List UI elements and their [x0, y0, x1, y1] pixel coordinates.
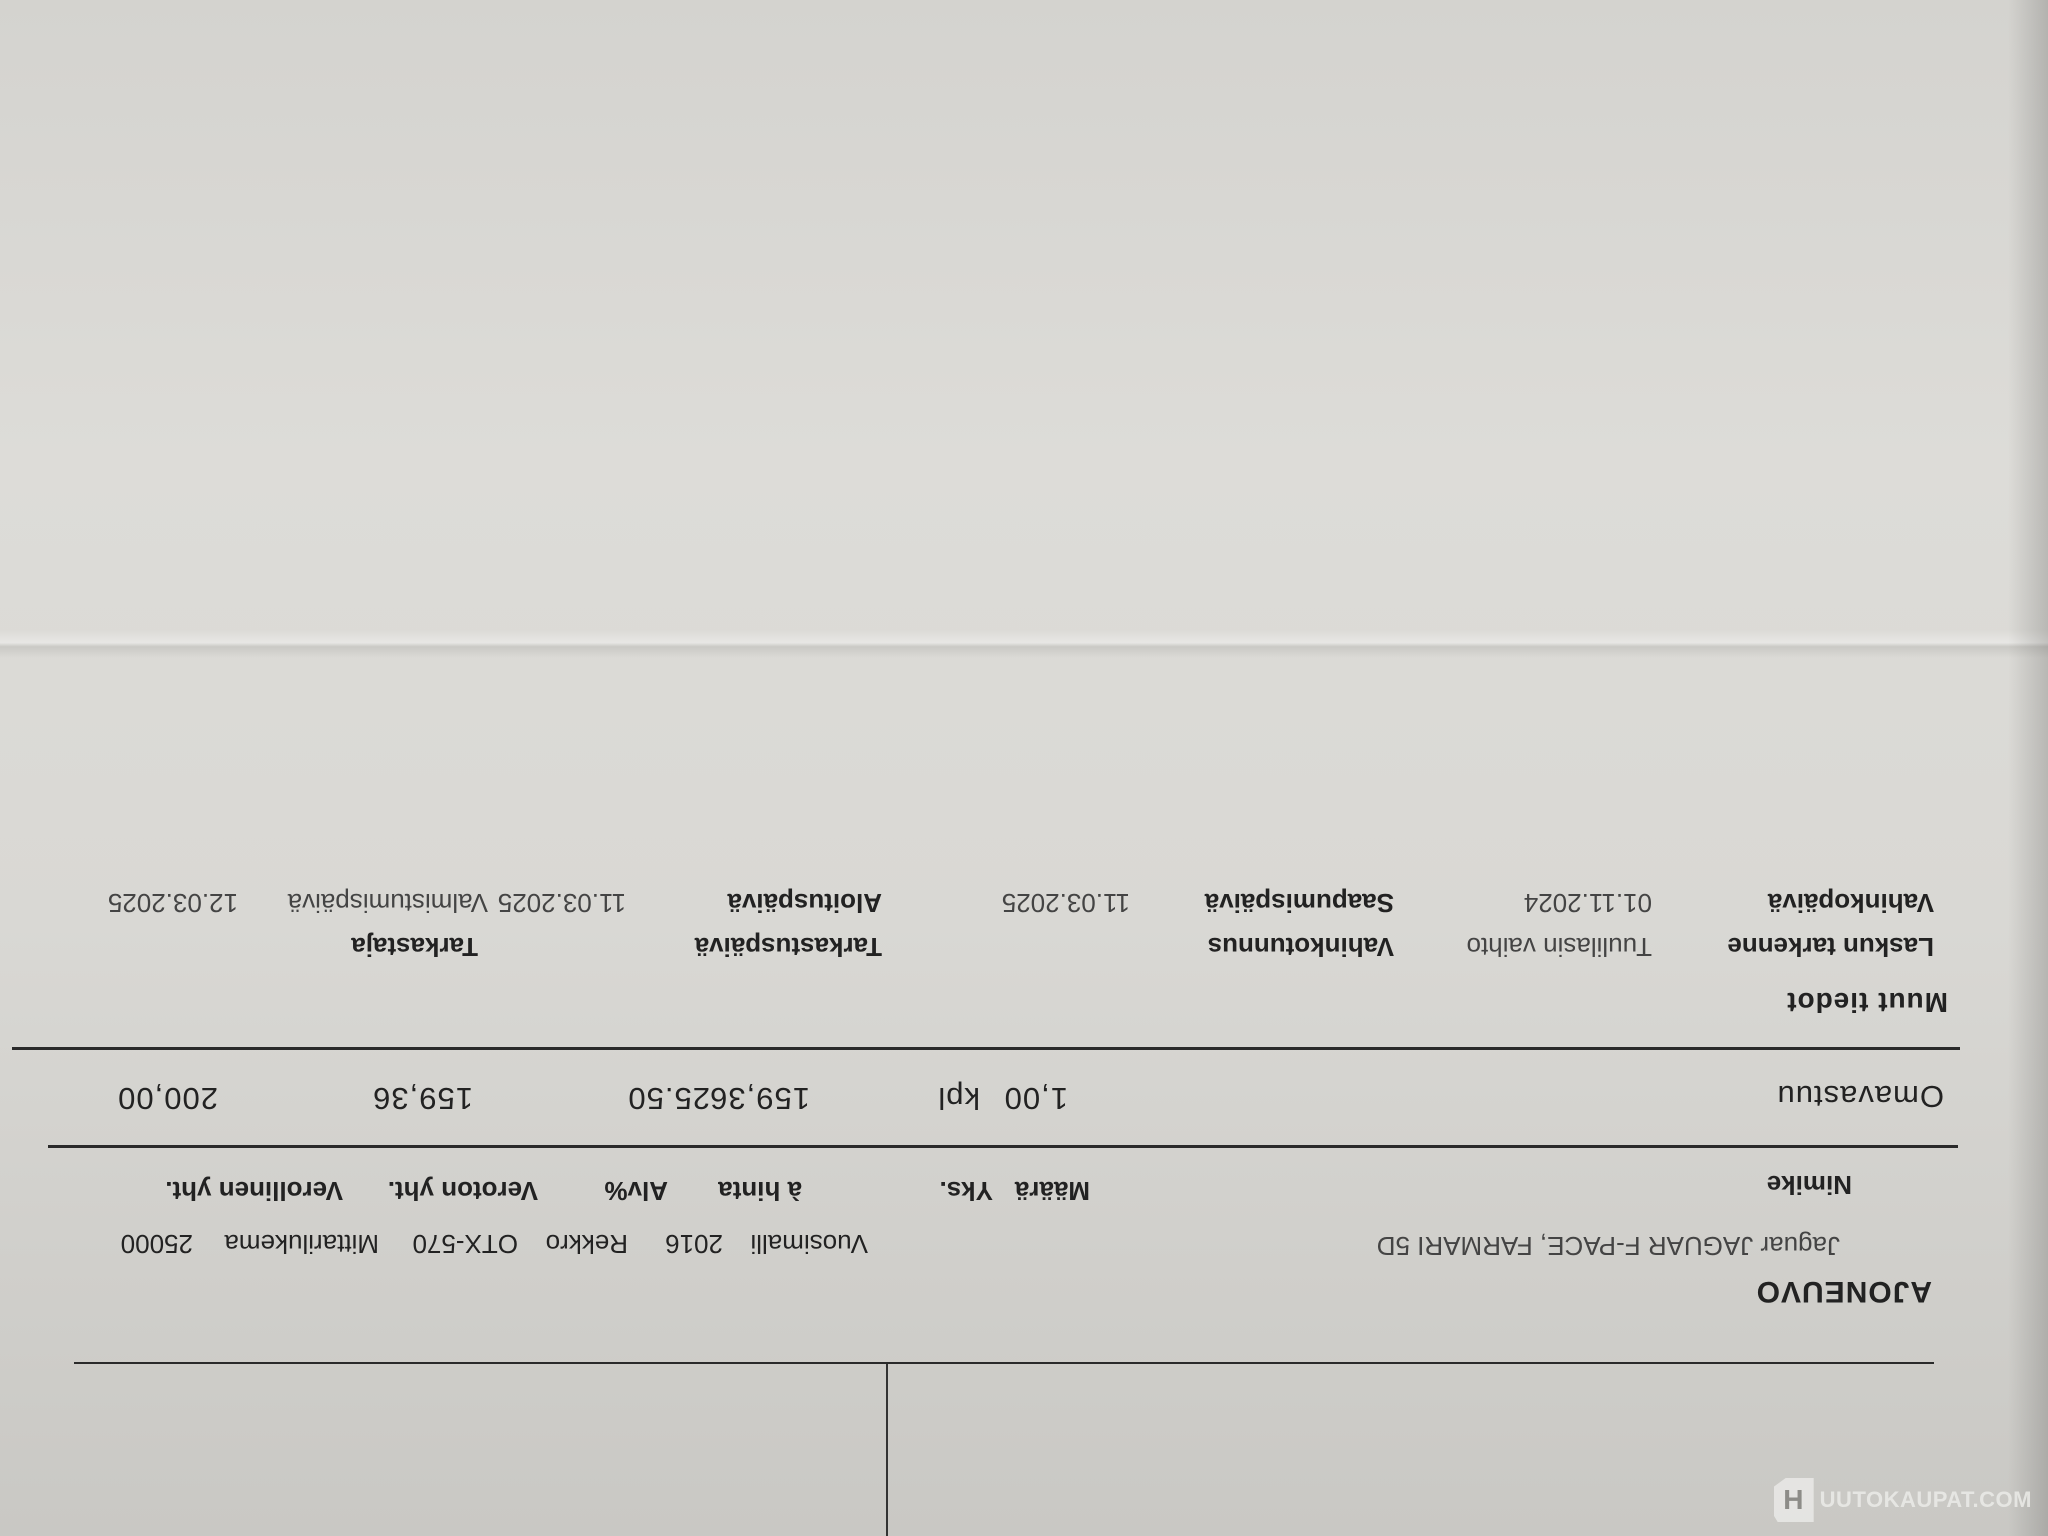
other-info-title: Muut tiedot — [1786, 986, 1948, 1018]
watermark-logo-icon: H — [1774, 1478, 1814, 1522]
damage-date-value: 01.11.2024 — [1524, 887, 1652, 918]
items-bottom-rule — [12, 1047, 1960, 1050]
col-header-vat: Alv% — [604, 1175, 668, 1206]
col-header-quantity: Määrä — [1015, 1175, 1090, 1206]
arrival-date-label: Saapumispäivä — [1205, 887, 1394, 918]
header-divider — [886, 1364, 888, 1536]
watermark: H UUTOKAUPAT.COM — [1774, 1478, 2032, 1522]
col-header-name: Nimike — [1767, 1169, 1852, 1200]
odometer-value: 25000 — [121, 1228, 193, 1259]
col-header-gross-total: Verollinen yht. — [165, 1175, 343, 1206]
col-header-unit: Yks. — [940, 1175, 994, 1206]
watermark-text: UUTOKAUPAT.COM — [1820, 1487, 2032, 1513]
inspector-label: Tarkastaja — [351, 931, 478, 962]
item-vat: 25.50 — [627, 1080, 710, 1116]
items-top-rule — [48, 1145, 1958, 1148]
col-header-net-total: Veroton yht. — [388, 1175, 538, 1206]
invoice-detail-label: Laskun tarkenne — [1727, 931, 1934, 962]
claim-id-label: Vahinkotunnus — [1208, 931, 1394, 962]
reg-label: Rekkro — [546, 1228, 628, 1259]
model-year-label: Vuosimalli — [750, 1228, 868, 1259]
start-date-value: 11.03.2025 — [498, 887, 626, 918]
item-unit-price: 159,36 — [709, 1080, 810, 1116]
invoice-document: AJONEUVO Jaguar JAGUAR F-PACE, FARMARI 5… — [0, 0, 2048, 1536]
completion-date-value: 12.03.2025 — [108, 887, 238, 918]
inspection-date-label: Tarkastuspäivä — [695, 931, 882, 962]
col-header-unit-price: à hinta — [718, 1175, 802, 1206]
item-quantity: 1,00 — [1004, 1080, 1068, 1116]
item-net-total: 159,36 — [372, 1080, 473, 1116]
damage-date-label: Vahinkopäivä — [1768, 887, 1934, 918]
vehicle-make-model: Jaguar JAGUAR F-PACE, FARMARI 5D — [1377, 1230, 1840, 1261]
vehicle-section-title: AJONEUVO — [1756, 1274, 1932, 1308]
arrival-date-value: 11.03.2025 — [1002, 887, 1130, 918]
start-date-label: Aloituspäivä — [727, 887, 882, 918]
completion-date-label: Valmistumispäivä — [288, 887, 488, 918]
model-year-value: 2016 — [665, 1228, 723, 1259]
invoice-detail-value: Tuulilasin vaihto — [1467, 931, 1652, 962]
item-gross-total: 200,00 — [117, 1080, 218, 1116]
item-name: Omavastuu — [1776, 1078, 1944, 1114]
reg-number-value: OTX-570 — [413, 1228, 519, 1259]
vehicle-top-rule — [74, 1362, 1934, 1364]
odometer-label: Mittarilukema — [224, 1228, 379, 1259]
item-unit: kpl — [937, 1080, 980, 1116]
